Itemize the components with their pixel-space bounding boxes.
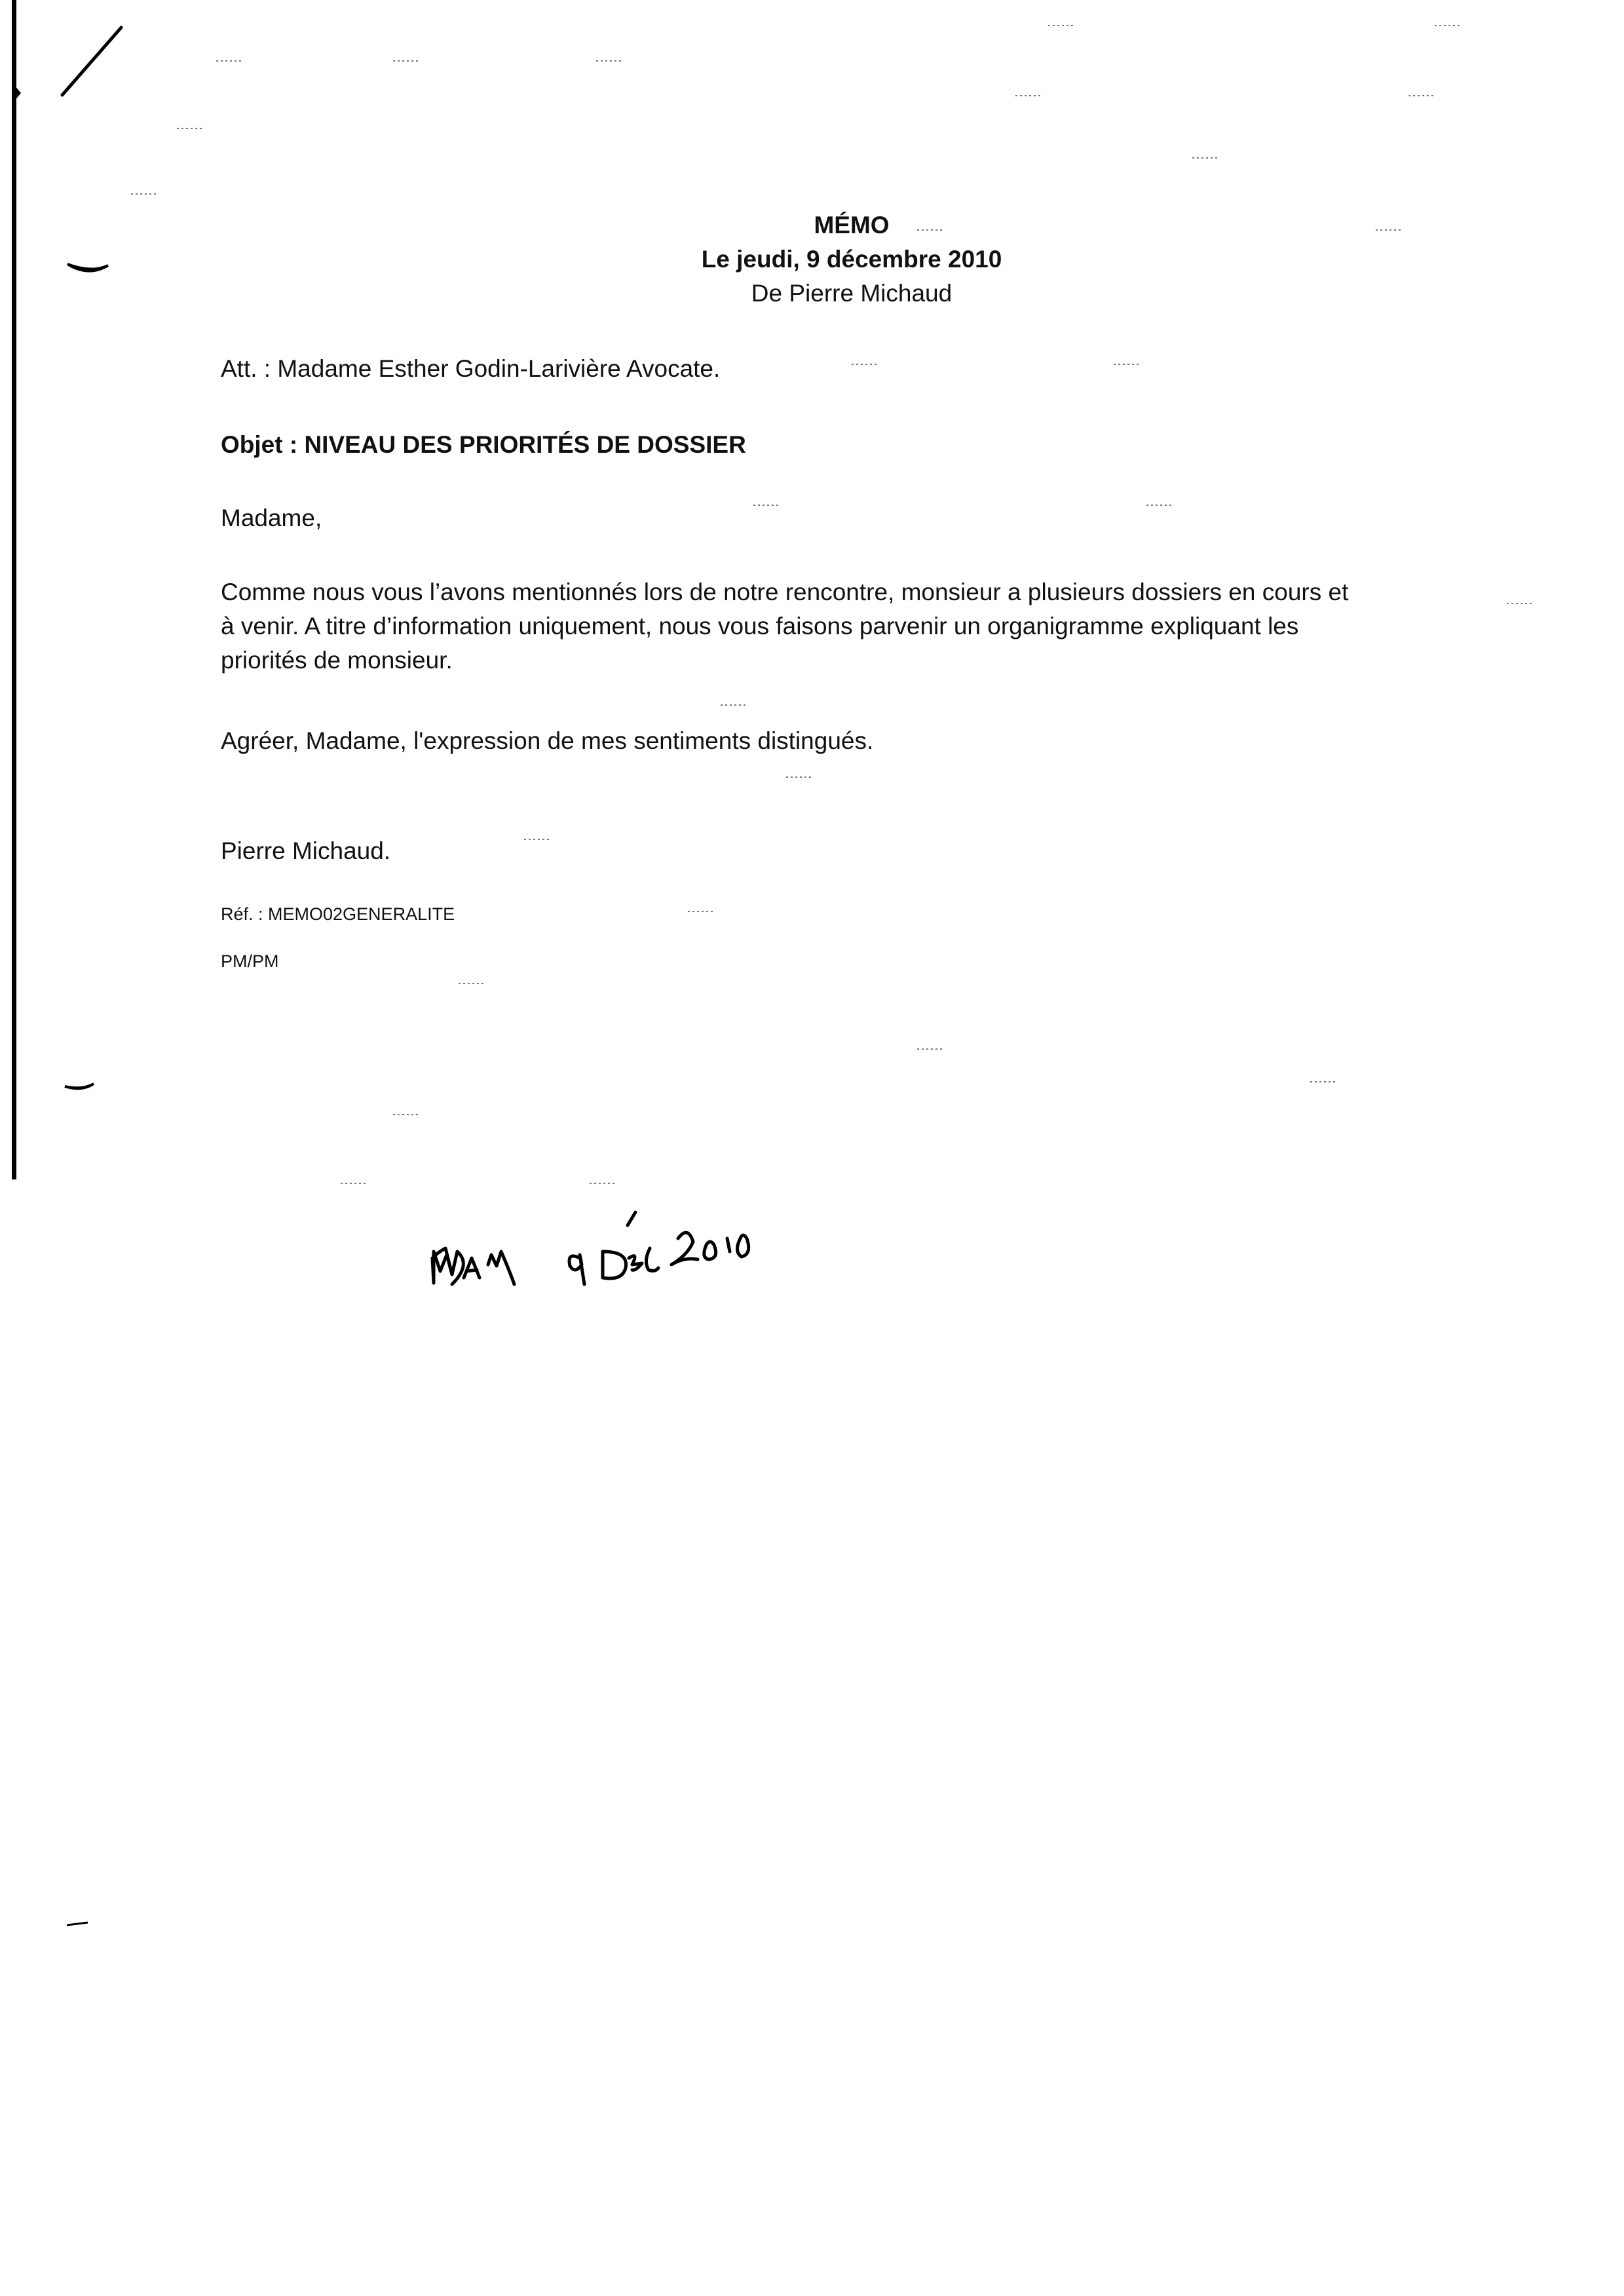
scan-speckle — [216, 60, 242, 62]
scan-speckle — [1015, 95, 1042, 96]
memo-header: MÉMO Le jeudi, 9 décembre 2010 De Pierre… — [590, 208, 1114, 311]
scan-speckle — [852, 364, 878, 365]
hole-punch-arc-bottom — [62, 1081, 102, 1101]
hole-punch-arc-top — [62, 259, 115, 285]
attention-line: Att. : Madame Esther Godin-Larivière Avo… — [221, 355, 720, 383]
memo-title: MÉMO — [590, 208, 1114, 242]
scan-speckle — [590, 1183, 616, 1184]
scan-speckle — [393, 60, 419, 62]
scan-speckle — [1192, 157, 1218, 159]
memo-date: Le jeudi, 9 décembre 2010 — [590, 242, 1114, 277]
scanned-page: MÉMO Le jeudi, 9 décembre 2010 De Pierre… — [0, 0, 1624, 2296]
scan-speckle — [1146, 505, 1173, 506]
scan-speckle — [1376, 229, 1402, 231]
body-line: Comme nous vous l’avons mentionnés lors … — [221, 575, 1518, 609]
scan-speckle — [1435, 25, 1461, 26]
scan-speckle — [341, 1183, 367, 1184]
initials: PM/PM — [221, 951, 279, 972]
scan-speckle — [917, 1048, 943, 1050]
scan-edge-line — [12, 0, 16, 1179]
scan-speckle — [131, 193, 157, 195]
closing-formula: Agréer, Madame, l'expression de mes sent… — [221, 727, 873, 755]
scan-speckle — [688, 911, 714, 912]
body-line: à venir. A titre d’information uniquemen… — [221, 609, 1518, 643]
scan-speckle — [721, 704, 747, 706]
handwritten-receipt-stamp: MAM 9 DÉC 2010 — [406, 1186, 1127, 1291]
signature: Pierre Michaud. — [221, 837, 390, 865]
subject-text: NIVEAU DES PRIORITÉS DE DOSSIER — [304, 431, 746, 458]
memo-sender: De Pierre Michaud — [590, 277, 1114, 311]
pen-slash-mark — [52, 20, 131, 105]
scan-speckle — [459, 983, 485, 984]
scan-edge-nub — [14, 85, 21, 101]
body-line: priorités de monsieur. — [221, 643, 1518, 678]
scan-speckle — [786, 776, 812, 778]
subject-line: Objet : NIVEAU DES PRIORITÉS DE DOSSIER — [221, 431, 746, 459]
scan-speckle — [524, 839, 550, 840]
scan-speckle — [1048, 25, 1074, 26]
scan-speckle — [1310, 1081, 1336, 1082]
scan-speckle — [753, 505, 780, 506]
scan-speckle — [1114, 364, 1140, 365]
salutation: Madame, — [221, 505, 322, 532]
scan-dash-mark — [66, 1920, 92, 1928]
scan-speckle — [596, 60, 622, 62]
subject-label: Objet : — [221, 431, 304, 458]
scan-speckle — [1408, 95, 1435, 96]
body-paragraph: Comme nous vous l’avons mentionnés lors … — [221, 575, 1518, 678]
reference: Réf. : MEMO02GENERALITE — [221, 904, 455, 925]
scan-speckle — [177, 128, 203, 129]
scan-speckle — [393, 1114, 419, 1115]
